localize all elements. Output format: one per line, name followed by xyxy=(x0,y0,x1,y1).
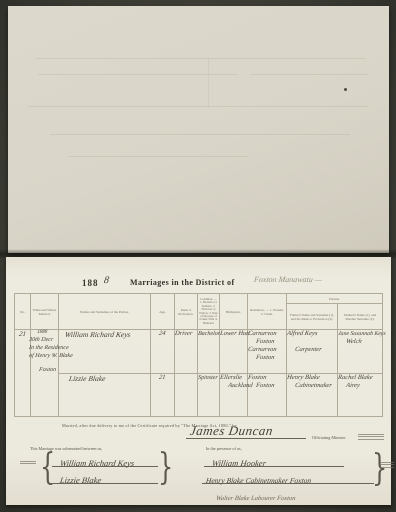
cell-bride-residence: Foxton Foxton xyxy=(248,374,287,417)
groom-signature-text: William Richard Keys xyxy=(59,458,135,468)
residence-line: Foxton xyxy=(255,382,286,390)
cell-groom-condition: Bachelor xyxy=(198,330,220,374)
entry-number: 21 xyxy=(18,330,26,338)
cell-bride-age: 21 xyxy=(151,374,175,417)
bleed-through-line xyxy=(68,156,248,157)
cell-groom-father: Alfred Keys Carpenter xyxy=(287,330,338,374)
when-line: Foxton xyxy=(38,366,58,374)
father-name: Henry Blake xyxy=(286,374,337,382)
cell-when-where-married: 1888 30th Decr In the Residence of Henry… xyxy=(31,330,59,417)
marriage-register-table: No. When and Where Married. Names and Su… xyxy=(14,293,383,417)
parties-side-note xyxy=(20,459,36,466)
witness-signature-text: Henry Blake Cabinetmaker Foxton xyxy=(205,476,311,485)
in-presence-of-label: In the presence of us, xyxy=(206,446,242,451)
witness-signature-3: Walter Blake Labourer Foxton xyxy=(216,487,296,505)
witnesses-side-note xyxy=(380,460,394,469)
cell-groom-residence: Carnarvon Foxton Carnarvon Foxton xyxy=(248,330,287,374)
cell-bride-birthplace: Ellerslie Auckland xyxy=(220,374,248,417)
minister-side-note xyxy=(358,432,384,441)
witness-signature-text: William Hooker xyxy=(211,458,266,468)
col-header-when-married: When and Where Married. xyxy=(31,294,59,330)
cell-groom-birthplace: Lower Hutt xyxy=(220,330,248,374)
blank-verso-page xyxy=(8,6,389,253)
when-line: 30th Decr xyxy=(28,336,58,344)
residence-line: Carnarvon xyxy=(247,330,286,338)
cell-groom-name: William Richard Keys xyxy=(59,330,151,374)
groom-rank: Driver xyxy=(175,330,193,337)
minister-signature-text: James Duncan xyxy=(189,423,274,439)
bride-age: 21 xyxy=(159,374,166,381)
bleed-through-line xyxy=(208,58,209,108)
bride-signature: Lizzie Blake xyxy=(52,470,158,484)
col-header-age: Age. xyxy=(151,294,175,330)
cell-groom-rank: Driver xyxy=(175,330,198,374)
father-rank: Cabinetmaker xyxy=(294,382,337,390)
groom-name: William Richard Keys xyxy=(64,330,131,339)
mother-name: Jane Susannah Keys xyxy=(337,330,382,338)
groom-age: 24 xyxy=(159,330,166,337)
groom-signature: William Richard Keys xyxy=(52,453,158,467)
bride-name: Lizzie Blake xyxy=(68,374,106,383)
when-line: In the Residence xyxy=(28,344,58,352)
mother-maiden-name: Welch xyxy=(345,338,382,346)
col-header-father: Father's Name and Surname (1), and his R… xyxy=(287,304,338,330)
bride-birthplace: Ellerslie xyxy=(219,374,247,382)
bleed-through-line xyxy=(36,58,366,59)
col-header-parents: Parents. xyxy=(287,294,383,304)
officiating-minister-label: Officiating Minister xyxy=(312,435,346,440)
residence-line: Foxton xyxy=(247,374,286,382)
groom-condition: Bachelor xyxy=(198,331,221,337)
col-header-rank: Rank or Profession. xyxy=(175,294,198,330)
cell-groom-mother: Jane Susannah Keys Welch xyxy=(338,330,383,374)
bleed-through-line xyxy=(28,106,368,107)
witness-signature-1: William Hooker xyxy=(204,453,344,467)
when-line: of Henry W. Blake xyxy=(28,352,58,360)
col-header-condition: Condition. — 1. Bachelor or Spinster. 2.… xyxy=(198,294,220,330)
father-rank: Carpenter xyxy=(294,346,337,354)
cell-bride-condition: Spinster xyxy=(198,374,220,417)
witness-signature-2: Henry Blake Cabinetmaker Foxton xyxy=(202,470,374,484)
ink-speck xyxy=(344,88,347,91)
col-header-residence: Residence. — 1. Present. 2. Usual. xyxy=(248,294,287,330)
groom-birthplace: Lower Hutt xyxy=(219,330,247,338)
register-year-printed: 188 xyxy=(82,278,99,288)
page-title: Marriages in the District of xyxy=(130,278,235,287)
cell-bride-rank xyxy=(175,374,198,417)
officiating-minister-signature: James Duncan xyxy=(186,422,306,439)
parties-close-bracket-icon: } xyxy=(158,446,173,488)
cell-bride-name: Lizzie Blake xyxy=(59,374,151,417)
mother-name: Rachel Blake xyxy=(337,374,382,382)
bride-signature-text: Lizzie Blake xyxy=(59,475,102,485)
register-year-handwritten: 8 xyxy=(103,275,110,286)
father-name: Alfred Keys xyxy=(286,330,337,338)
cell-bride-mother: Rachel Blake Airey xyxy=(338,374,383,417)
residence-line: Foxton xyxy=(255,354,286,362)
col-header-no: No. xyxy=(15,294,31,330)
residence-line: Carnarvon xyxy=(247,346,286,354)
cell-bride-father: Henry Blake Cabinetmaker xyxy=(287,374,338,417)
residence-line: Foxton xyxy=(255,338,286,346)
witness-signature-text: Walter Blake Labourer Foxton xyxy=(216,495,296,502)
col-header-mother: Mother's Name (1), and Maiden Surname (2… xyxy=(338,304,383,330)
bleed-through-line xyxy=(250,74,368,75)
district-name-handwritten: Foxton Manawatu — xyxy=(253,275,322,284)
mother-maiden-name: Airey xyxy=(345,382,382,390)
bride-condition: Spinster xyxy=(198,375,219,381)
register-page: 188 8 Marriages in the District of Foxto… xyxy=(6,257,391,505)
bride-birthplace: Auckland xyxy=(227,382,247,390)
col-header-birthplace: Birthplace. xyxy=(220,294,248,330)
cell-groom-age: 24 xyxy=(151,330,175,374)
bleed-through-line xyxy=(50,134,350,135)
col-header-names: Names and Surnames of the Parties. xyxy=(59,294,151,330)
